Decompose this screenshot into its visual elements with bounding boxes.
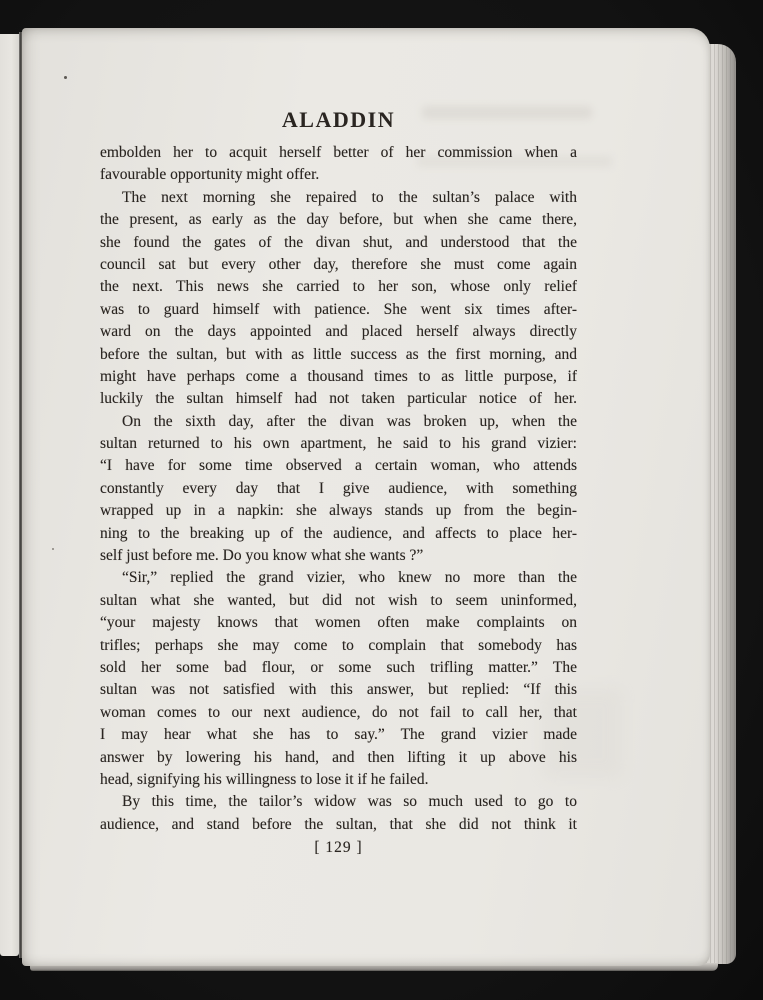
text-line: On the sixth day, after the divan was br… xyxy=(100,411,577,433)
text-line: before the sultan, but with as little su… xyxy=(100,344,577,366)
text-line: embolden her to acquit herself better of… xyxy=(100,142,577,164)
text-line: sultan what she wanted, but did not wish… xyxy=(100,590,577,612)
book-page: ALADDIN embolden her to acquit herself b… xyxy=(22,28,710,966)
text-block: embolden her to acquit herself better of… xyxy=(100,142,577,836)
print-speck xyxy=(64,76,67,79)
text-line: sultan was not satisfied with this answe… xyxy=(100,679,577,701)
running-header: ALADDIN xyxy=(100,107,577,133)
text-line: self just before me. Do you know what sh… xyxy=(100,545,577,567)
text-line: constantly every day that I give audienc… xyxy=(100,478,577,500)
text-line: The next morning she repaired to the sul… xyxy=(100,187,577,209)
text-line: luckily the sultan himself had not taken… xyxy=(100,388,577,410)
text-line: “your majesty knows that women often mak… xyxy=(100,612,577,634)
text-line: council sat but every other day, therefo… xyxy=(100,254,577,276)
text-line: woman comes to our next audience, do not… xyxy=(100,702,577,724)
text-line: sultan returned to his own apartment, he… xyxy=(100,433,577,455)
scanned-book-photo: ALADDIN embolden her to acquit herself b… xyxy=(0,0,763,1000)
text-line: ward on the days appointed and placed he… xyxy=(100,321,577,343)
text-line: the next. This news she carried to her s… xyxy=(100,276,577,298)
text-line: trifles; perhaps she may come to complai… xyxy=(100,635,577,657)
page-number: [ 129 ] xyxy=(100,839,577,857)
text-line: the present, as early as the day before,… xyxy=(100,209,577,231)
text-line: was to guard himself with patience. She … xyxy=(100,299,577,321)
text-line: audience, and stand before the sultan, t… xyxy=(100,814,577,836)
text-line: I may hear what she has to say.” The gra… xyxy=(100,724,577,746)
text-line: wrapped up in a napkin: she always stand… xyxy=(100,500,577,522)
text-line: might have perhaps come a thousand times… xyxy=(100,366,577,388)
text-line: she found the gates of the divan shut, a… xyxy=(100,232,577,254)
text-line: “Sir,” replied the grand vizier, who kne… xyxy=(100,567,577,589)
text-line: answer by lowering his hand, and then li… xyxy=(100,747,577,769)
text-line: sold her some bad flour, or some such tr… xyxy=(100,657,577,679)
text-line: favourable opportunity might offer. xyxy=(100,164,577,186)
facing-page-edge xyxy=(0,34,19,956)
text-line: ning to the breaking up of the audience,… xyxy=(100,523,577,545)
text-line: head, signifying his willingness to lose… xyxy=(100,769,577,791)
text-line: By this time, the tailor’s widow was so … xyxy=(100,791,577,813)
text-line: “I have for some time observed a certain… xyxy=(100,455,577,477)
print-speck xyxy=(52,548,54,550)
